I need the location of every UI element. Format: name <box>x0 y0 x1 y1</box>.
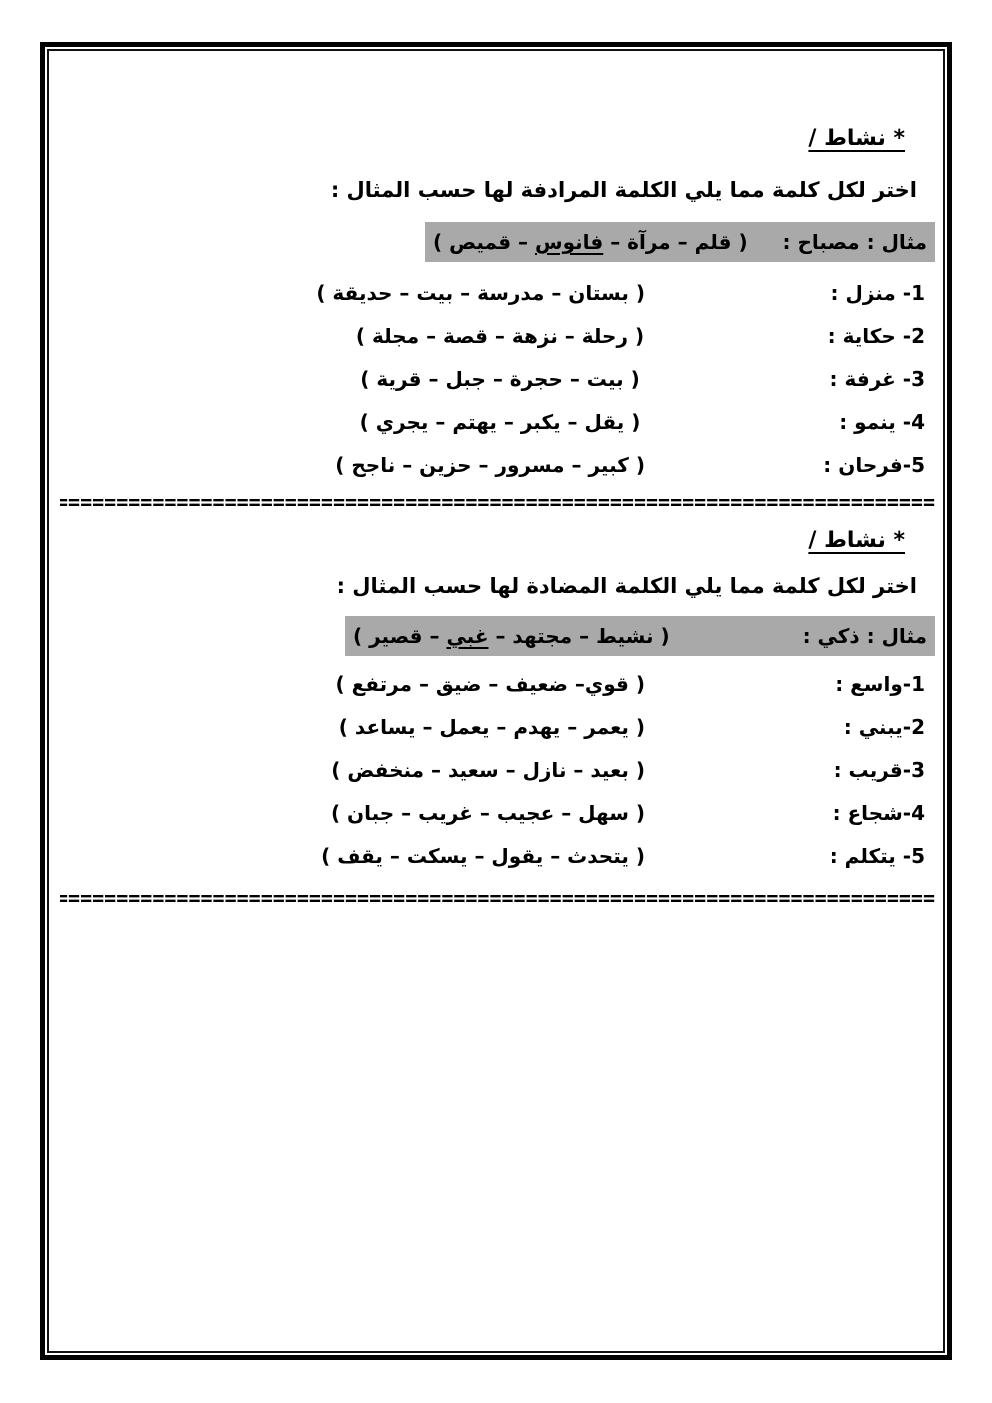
item-row: 2-يبني : ( يعمر – يهدم – يعمل – يساعد ) <box>60 711 935 743</box>
item-options: ( يقل – يكبر – يهتم – يجري ) <box>355 406 645 438</box>
item-label: 1- منزل : <box>831 277 926 309</box>
activity-1-instruction: اختر لكل كلمة مما يلي الكلمة المرادفة له… <box>331 178 917 202</box>
activity-2-header: * نشاط / <box>808 528 905 553</box>
item-options: ( بعيد – نازل – سعيد – منخفض ) <box>355 754 645 786</box>
item-options: ( رحلة – نزهة – قصة – مجلة ) <box>355 320 645 352</box>
item-label: 3-قريب : <box>834 754 925 786</box>
item-options: ( يعمر – يهدم – يعمل – يساعد ) <box>355 711 645 743</box>
example-options-before: ( قلم – مرآة – <box>603 230 747 254</box>
worksheet-content: * نشاط / اختر لكل كلمة مما يلي الكلمة ال… <box>60 0 935 1403</box>
item-label: 4- ينمو : <box>839 406 925 438</box>
item-options: ( بيت – حجرة – جبل – قرية ) <box>355 363 645 395</box>
item-row: 5-فرحان : ( كبير – مسرور – حزين – ناجح ) <box>60 449 935 481</box>
item-row: 5- يتكلم : ( يتحدث – يقول – يسكت – يقف ) <box>60 840 935 872</box>
item-label: 5-فرحان : <box>823 449 925 481</box>
item-row: 4- ينمو : ( يقل – يكبر – يهتم – يجري ) <box>60 406 935 438</box>
item-row: 2- حكاية : ( رحلة – نزهة – قصة – مجلة ) <box>60 320 935 352</box>
example-options-after: – قميص ) <box>433 230 535 254</box>
section-separator: ========================================… <box>60 886 935 910</box>
example-options-after: – قصير ) <box>353 624 446 648</box>
activity-1-header: * نشاط / <box>808 126 905 151</box>
item-options: ( يتحدث – يقول – يسكت – يقف ) <box>355 840 645 872</box>
item-options: ( سهل – عجيب – غريب – جبان ) <box>355 797 645 829</box>
item-row: 3-قريب : ( بعيد – نازل – سعيد – منخفض ) <box>60 754 935 786</box>
example-underlined-answer: غبي <box>446 624 488 648</box>
activity-1-example-label: مثال : مصباح : <box>783 230 927 254</box>
item-label: 2-يبني : <box>844 711 925 743</box>
worksheet-page: * نشاط / اختر لكل كلمة مما يلي الكلمة ال… <box>0 0 992 1403</box>
section-separator: ========================================… <box>60 490 935 514</box>
item-label: 1-واسع : <box>835 668 925 700</box>
example-underlined-answer: فانوس <box>535 230 603 254</box>
activity-2-example-options: ( نشيط – مجتهد – غبي – قصير ) <box>353 624 670 648</box>
item-label: 5- يتكلم : <box>830 840 925 872</box>
item-row: 1- منزل : ( بستان – مدرسة – بيت – حديقة … <box>60 277 935 309</box>
item-options: ( قوي– ضعيف – ضيق – مرتفع ) <box>355 668 645 700</box>
item-options: ( بستان – مدرسة – بيت – حديقة ) <box>355 277 645 309</box>
item-row: 1-واسع : ( قوي– ضعيف – ضيق – مرتفع ) <box>60 668 935 700</box>
activity-2-instruction: اختر لكل كلمة مما يلي الكلمة المضادة لها… <box>337 574 917 598</box>
item-label: 2- حكاية : <box>828 320 925 352</box>
item-label: 3- غرفة : <box>830 363 925 395</box>
activity-2-example-label: مثال : ذكي : <box>803 624 927 648</box>
activity-1-example-row: مثال : مصباح : ( قلم – مرآة – فانوس – قم… <box>425 222 935 262</box>
activity-2-example-row: مثال : ذكي : ( نشيط – مجتهد – غبي – قصير… <box>345 616 935 656</box>
item-options: ( كبير – مسرور – حزين – ناجح ) <box>355 449 645 481</box>
example-options-before: ( نشيط – مجتهد – <box>489 624 670 648</box>
item-row: 3- غرفة : ( بيت – حجرة – جبل – قرية ) <box>60 363 935 395</box>
item-row: 4-شجاع : ( سهل – عجيب – غريب – جبان ) <box>60 797 935 829</box>
item-label: 4-شجاع : <box>833 797 925 829</box>
activity-1-example-options: ( قلم – مرآة – فانوس – قميص ) <box>433 230 748 254</box>
